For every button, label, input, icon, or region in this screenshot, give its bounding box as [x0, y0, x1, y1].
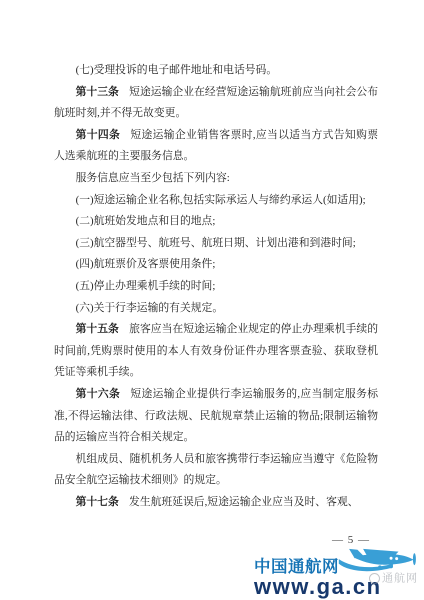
paragraph-text: 发生航班延误后,短途运输企业应当及时、客观、 [129, 496, 358, 508]
paragraph-text: (一)短途运输企业名称,包括实际承运人与缔约承运人(如适用); [76, 194, 366, 206]
site-name-text: 中国通航网 [254, 559, 339, 576]
paragraph: (七)受理投诉的电子邮件地址和电话号码。 [54, 60, 378, 82]
watermark-brand-row: 中国通航网 [254, 547, 422, 575]
paragraph: (二)航班始发地点和目的地点; [54, 211, 378, 233]
airplane-icon [337, 547, 419, 575]
paragraph: 第十五条旅客应当在短途运输企业规定的停止办理乘机手续的时间前,凭购票时使用的本人… [54, 319, 378, 384]
paragraph-text: 机组成员、随机机务人员和旅客携带行李运输应当遵守《危险物品安全航空运输技术细则》… [54, 453, 378, 487]
paragraph: (四)航班票价及客票使用条件; [54, 254, 378, 276]
document-body: (七)受理投诉的电子邮件地址和电话号码。 第十三条短途运输企业在经营短途运输航班… [54, 60, 378, 513]
site-watermark: 中国通航网 www.ga.cn 通航网 [254, 547, 422, 598]
clause-label: 第十六条 [76, 388, 121, 400]
paragraph-text: 服务信息应当至少包括下列内容: [76, 172, 230, 184]
clause-label: 第十三条 [76, 86, 119, 98]
paragraph: 第十六条短途运输企业提供行李运输服务的,应当制定服务标准,不得运输法律、行政法规… [54, 384, 378, 449]
paragraph: (六)关于行李运输的有关规定。 [54, 298, 378, 320]
stamp-ring-icon [369, 573, 380, 584]
stamp-watermark: 通航网 [369, 573, 418, 584]
paragraph: 第十七条发生航班延误后,短途运输企业应当及时、客观、 [54, 492, 378, 514]
paragraph: 服务信息应当至少包括下列内容: [54, 168, 378, 190]
paragraph-text: (五)停止办理乘机手续的时间; [76, 280, 216, 292]
paragraph: 机组成员、随机机务人员和旅客携带行李运输应当遵守《危险物品安全航空运输技术细则》… [54, 449, 378, 492]
paragraph-text: (七)受理投诉的电子邮件地址和电话号码。 [76, 64, 278, 76]
page-number: — 5 — [54, 534, 370, 546]
paragraph-text: (六)关于行李运输的有关规定。 [76, 302, 224, 314]
stamp-text: 通航网 [382, 572, 418, 584]
paragraph-text: (三)航空器型号、航班号、航班日期、计划出港和到港时间; [76, 237, 356, 249]
clause-label: 第十五条 [76, 323, 119, 335]
paragraph-text: (二)航班始发地点和目的地点; [76, 215, 216, 227]
paragraph: 第十三条短途运输企业在经营短途运输航班前应当向社会公布航班时刻,并不得无故变更。 [54, 82, 378, 125]
paragraph: (一)短途运输企业名称,包括实际承运人与缔约承运人(如适用); [54, 190, 378, 212]
clause-label: 第十七条 [76, 496, 119, 508]
clause-label: 第十四条 [76, 129, 121, 141]
paragraph-text: (四)航班票价及客票使用条件; [76, 258, 216, 270]
document-page: (七)受理投诉的电子邮件地址和电话号码。 第十三条短途运输企业在经营短途运输航班… [0, 0, 424, 600]
paragraph: (五)停止办理乘机手续的时间; [54, 276, 378, 298]
paragraph: 第十四条短途运输企业销售客票时,应当以适当方式告知购票人选乘航班的主要服务信息。 [54, 125, 378, 168]
paragraph: (三)航空器型号、航班号、航班日期、计划出港和到港时间; [54, 233, 378, 255]
